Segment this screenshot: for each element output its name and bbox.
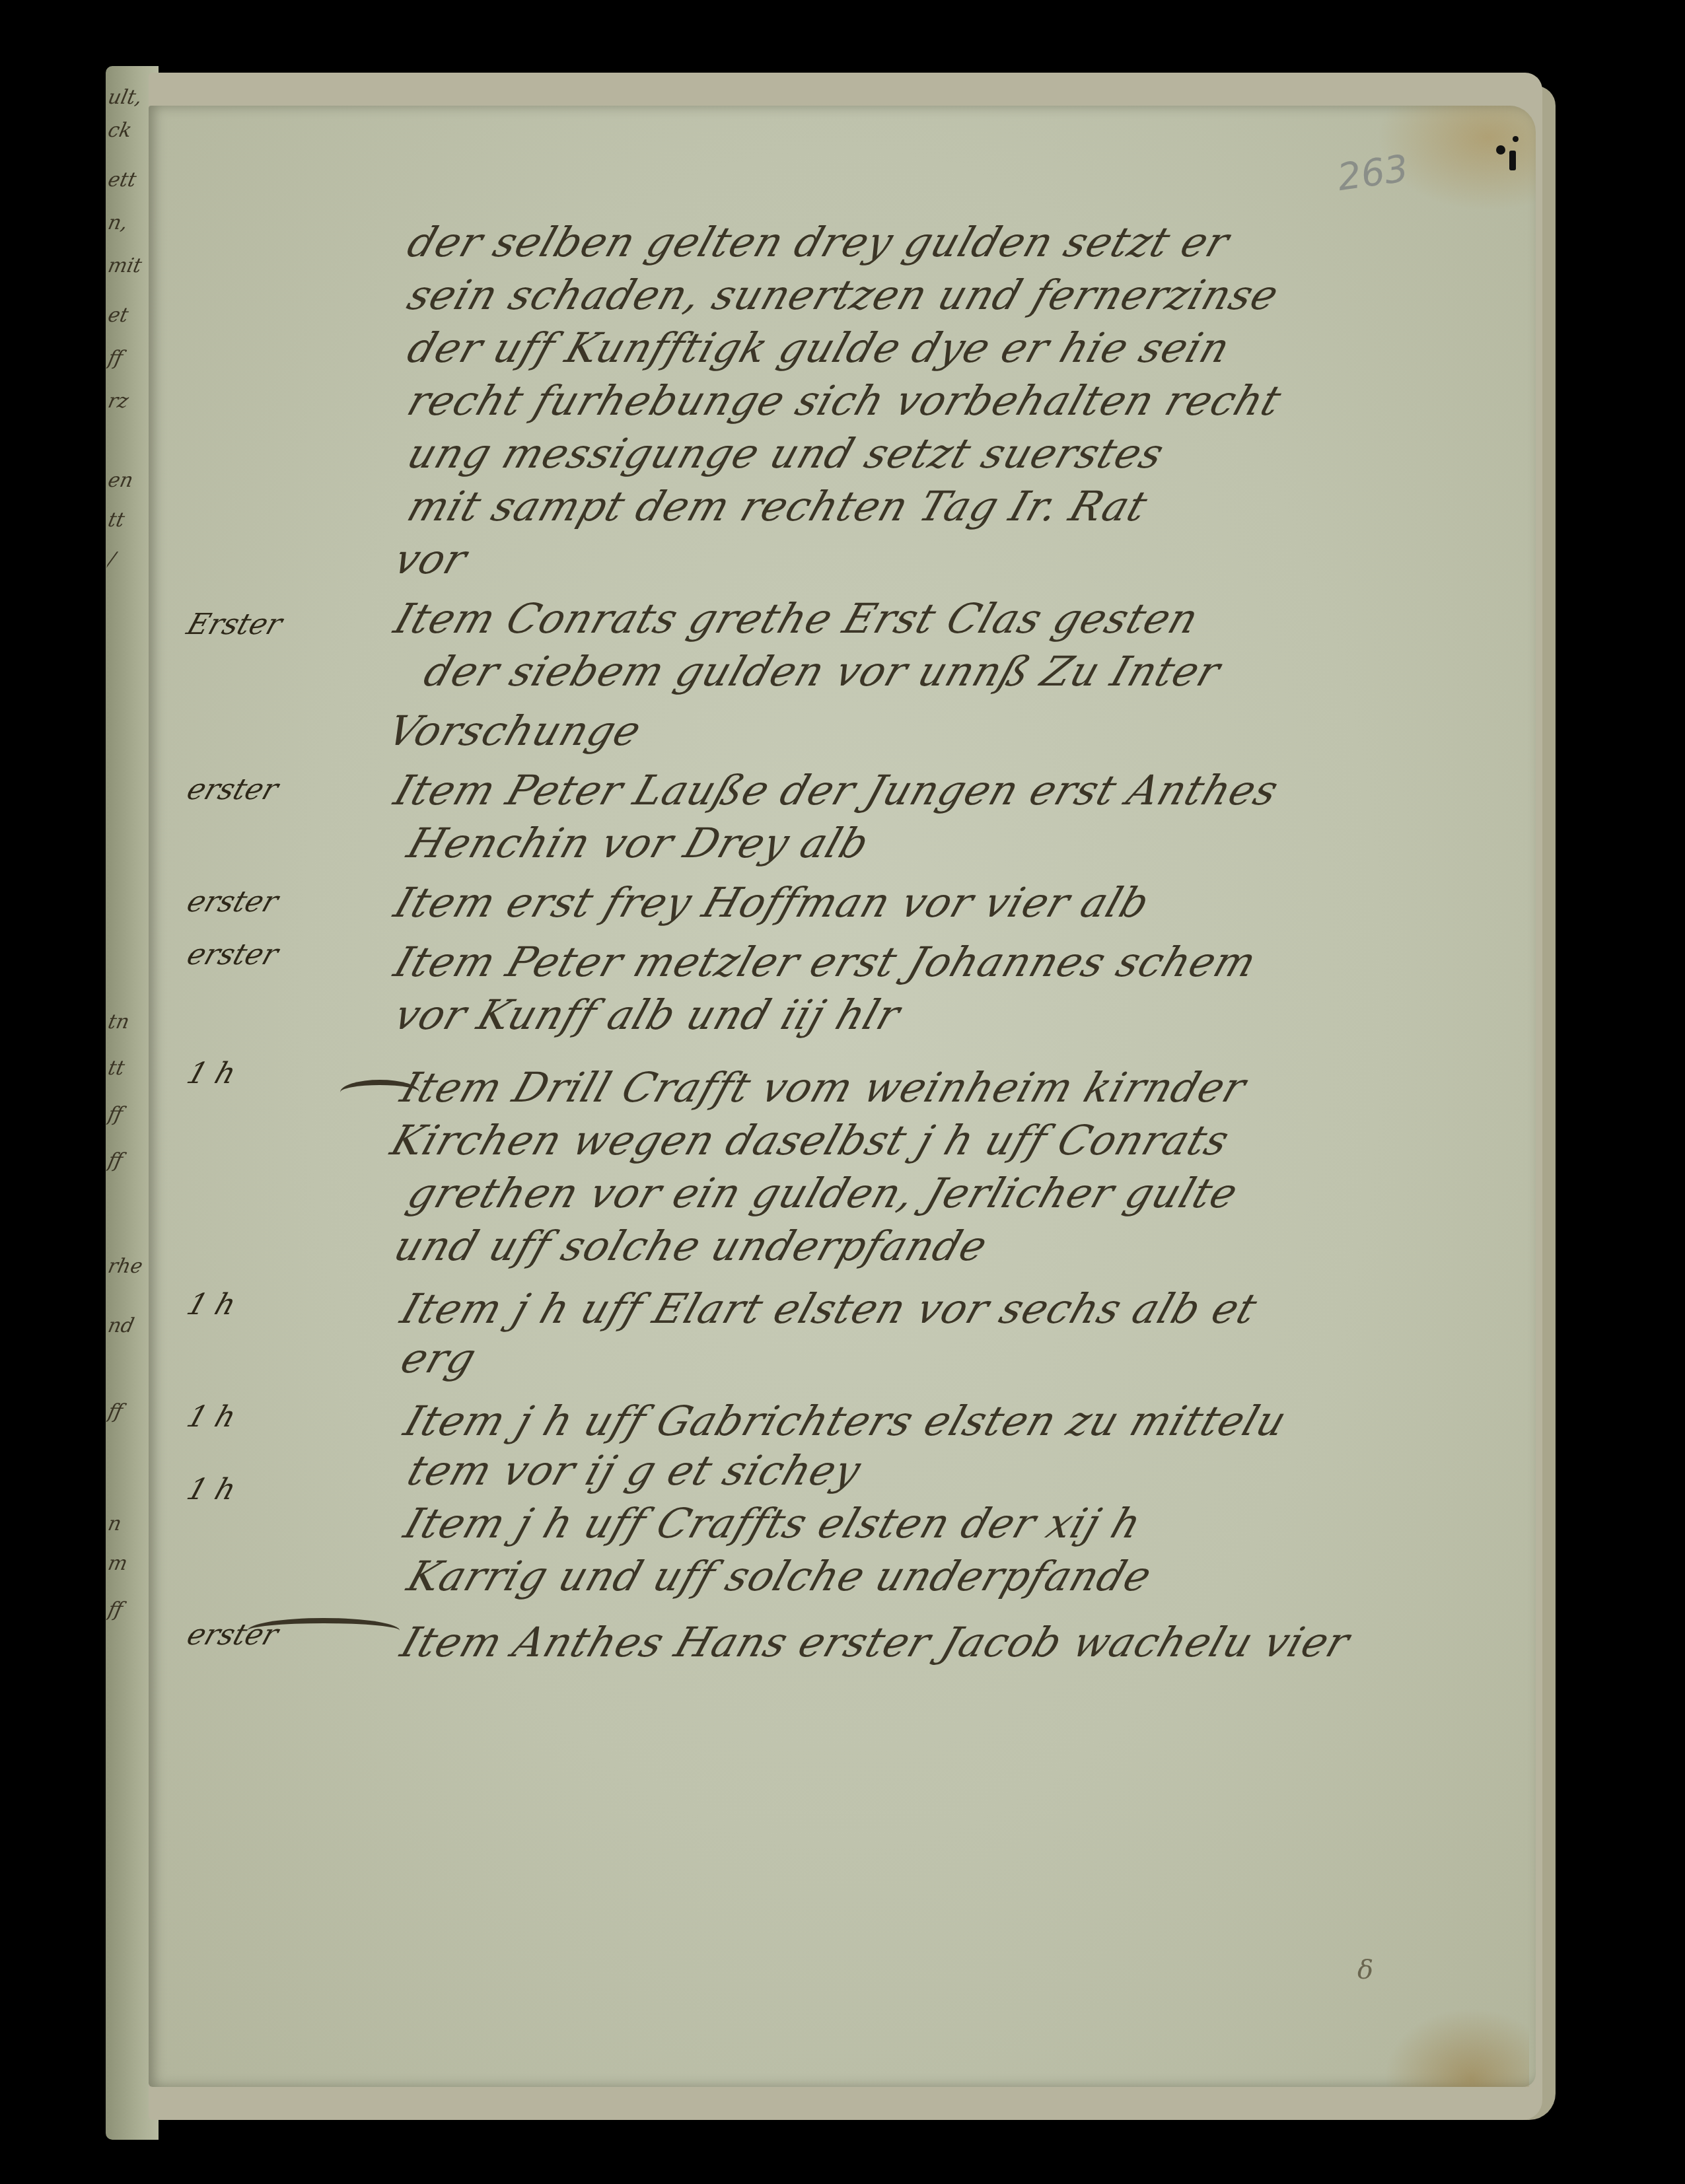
margin-note: erster <box>183 938 283 971</box>
text-line: Item Conrats grethe Erst Clas gesten <box>388 594 1205 643</box>
text-line: sein schaden, sunertzen und fernerzinse <box>402 271 1285 319</box>
text-line: Item erst frey Hoffman vor vier alb <box>388 878 1156 927</box>
text-line: Item Drill Crafft vom weinheim kirnder <box>395 1063 1252 1111</box>
manuscript-page: 263 der selben gelten drey gulden setzt … <box>149 106 1536 2087</box>
text-line: Item j h uff Craffts elsten der xij h <box>398 1499 1148 1547</box>
margin-note: erster <box>183 773 283 806</box>
text-line: erg <box>395 1334 483 1382</box>
text-line: tem vor ij g et sichey <box>402 1446 867 1495</box>
text-line: grethen vor ein gulden, Jerlicher gulte <box>402 1169 1244 1217</box>
margin-note: Erster <box>183 608 287 641</box>
text-line: mit sampt dem rechten Tag Ir. Rat <box>402 482 1154 530</box>
text-line: Henchin vor Drey alb <box>402 819 875 867</box>
water-stain <box>1384 2008 1529 2087</box>
margin-note: 1 h <box>183 1288 240 1321</box>
text-line: ung messigunge und setzt suerstes <box>402 429 1170 477</box>
margin-note: 1 h <box>183 1400 240 1434</box>
margin-note: 1 h <box>183 1473 240 1506</box>
flourish-stroke <box>248 1618 400 1643</box>
text-line: Vorschunge <box>382 707 647 755</box>
text-line: Item Peter Lauße der Jungen erst Anthes <box>388 766 1285 814</box>
text-line: Item Anthes Hans erster Jacob wachelu vi… <box>395 1618 1356 1666</box>
text-line: Item j h uff Elart elsten vor sechs alb … <box>395 1285 1264 1333</box>
margin-note: 1 h <box>183 1057 240 1090</box>
text-line: Karrig und uff solche underpfande <box>402 1552 1158 1600</box>
text-line: der selben gelten drey gulden setzt er <box>402 218 1236 266</box>
text-line: und uff solche underpfande <box>388 1222 993 1270</box>
text-line: der siebem gulden vor unnß Zu Inter <box>418 647 1227 695</box>
text-line: der uff Kunfftigk gulde dye er hie sein <box>402 324 1237 372</box>
text-line: Item Peter metzler erst Johannes schem <box>388 938 1263 986</box>
text-line: Kirchen wegen daselbst j h uff Conrats <box>385 1116 1236 1164</box>
text-line: recht furhebunge sich vorbehalten recht <box>402 376 1287 425</box>
bottom-mark: δ <box>1357 1955 1373 1985</box>
text-line: Item j h uff Gabrichters elsten zu mitte… <box>398 1397 1293 1445</box>
text-line: vor Kunff alb und iij hlr <box>388 991 906 1039</box>
text-line: vor <box>388 535 474 583</box>
margin-note: erster <box>183 885 283 919</box>
